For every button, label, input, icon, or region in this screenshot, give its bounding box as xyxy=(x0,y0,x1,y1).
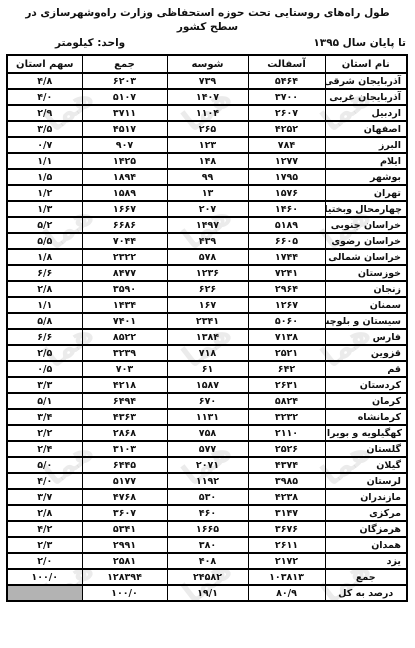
share-value: ۵/۵ xyxy=(7,233,82,249)
table-row: کهگیلویه و بویراحمد۲۱۱۰۷۵۸۲۸۶۸۲/۲ xyxy=(7,425,407,441)
share-value: ۳/۴ xyxy=(7,409,82,425)
total-value: ۹۰۷ xyxy=(82,137,167,153)
asphalt-value: ۵۸۲۴ xyxy=(248,393,325,409)
province-name: ایلام xyxy=(325,153,407,169)
asphalt-value: ۳۷۰۰ xyxy=(248,89,325,105)
table-row: هرمزگان۳۶۷۶۱۶۶۵۵۳۴۱۴/۲ xyxy=(7,521,407,537)
gravel-value: ۶۲۶ xyxy=(167,281,248,297)
asphalt-value: ۴۳۷۴ xyxy=(248,457,325,473)
share-value: ۰/۷ xyxy=(7,137,82,153)
total-value: ۵۳۴۱ xyxy=(82,521,167,537)
asphalt-value: ۴۲۵۲ xyxy=(248,121,325,137)
total-value: ۶۶۸۶ xyxy=(82,217,167,233)
table-row: ایلام۱۲۷۷۱۴۸۱۴۲۵۱/۱ xyxy=(7,153,407,169)
table-row: لرستان۳۹۸۵۱۱۹۲۵۱۷۷۴/۰ xyxy=(7,473,407,489)
share-value: ۳/۳ xyxy=(7,377,82,393)
asphalt-value: ۷۱۳۸ xyxy=(248,329,325,345)
table-row: آذربایجان شرقی۵۴۶۴۷۳۹۶۲۰۳۴/۸ xyxy=(7,73,407,89)
province-name: گلستان xyxy=(325,441,407,457)
province-name: قم xyxy=(325,361,407,377)
share-value: ۱/۱ xyxy=(7,153,82,169)
gravel-value: ۵۳۰ xyxy=(167,489,248,505)
table-row: چهارمحال وبختیاری۱۴۶۰۲۰۷۱۶۶۷۱/۳ xyxy=(7,201,407,217)
gravel-value: ۱۲۳۶ xyxy=(167,265,248,281)
gravel-value: ۶۷۰ xyxy=(167,393,248,409)
table-row: قزوین۲۵۲۱۷۱۸۳۲۳۹۲/۵ xyxy=(7,345,407,361)
column-header: نام استان xyxy=(325,55,407,73)
asphalt-value: ۳۹۸۵ xyxy=(248,473,325,489)
asphalt-value: ۸۰/۹ xyxy=(248,585,325,601)
report-period: تا پایان سال ۱۳۹۵ xyxy=(313,37,406,49)
share-value: ۳/۵ xyxy=(7,121,82,137)
asphalt-value: ۳۲۳۲ xyxy=(248,409,325,425)
share-value: ۵/۱ xyxy=(7,393,82,409)
gravel-value: ۷۳۹ xyxy=(167,73,248,89)
asphalt-value: ۲۶۳۱ xyxy=(248,377,325,393)
asphalt-value: ۲۶۰۷ xyxy=(248,105,325,121)
share-value: ۲/۰ xyxy=(7,553,82,569)
province-name: کردستان xyxy=(325,377,407,393)
asphalt-value: ۲۹۶۴ xyxy=(248,281,325,297)
percent-row: درصد به کل۸۰/۹۱۹/۱۱۰۰/۰ xyxy=(7,585,407,601)
provinces-table: نام استانآسفالتشوسهجمعسهم استان آذربایجا… xyxy=(6,54,408,602)
share-value: ۲/۴ xyxy=(7,441,82,457)
unit-label: واحد: کیلومتر xyxy=(55,37,125,49)
province-name: خراسان جنوبی xyxy=(325,217,407,233)
table-row: فارس۷۱۳۸۱۳۸۴۸۵۲۲۶/۶ xyxy=(7,329,407,345)
province-name: بوشهر xyxy=(325,169,407,185)
total-value: ۱۸۹۴ xyxy=(82,169,167,185)
asphalt-value: ۲۵۲۱ xyxy=(248,345,325,361)
gravel-value: ۶۱ xyxy=(167,361,248,377)
gravel-value: ۲۰۷ xyxy=(167,201,248,217)
table-row: کرمانشاه۳۲۳۲۱۱۳۱۴۳۶۳۳/۴ xyxy=(7,409,407,425)
gravel-value: ۲۶۵ xyxy=(167,121,248,137)
share-value: ۶/۶ xyxy=(7,329,82,345)
share-value: ۱/۳ xyxy=(7,201,82,217)
asphalt-value: ۲۱۱۰ xyxy=(248,425,325,441)
share-value: ۴/۰ xyxy=(7,473,82,489)
share-value: ۳/۷ xyxy=(7,489,82,505)
asphalt-value: ۱۰۳۸۱۳ xyxy=(248,569,325,585)
total-value: ۱۵۸۹ xyxy=(82,185,167,201)
percent-row-label: درصد به کل xyxy=(325,585,407,601)
gravel-value: ۱۵۸۷ xyxy=(167,377,248,393)
province-name: زنجان xyxy=(325,281,407,297)
share-value: ۲/۸ xyxy=(7,505,82,521)
province-name: آذربایجان غربی xyxy=(325,89,407,105)
gravel-value: ۲۴۵۸۲ xyxy=(167,569,248,585)
gravel-value: ۵۷۷ xyxy=(167,441,248,457)
gravel-value: ۱۱۳۱ xyxy=(167,409,248,425)
province-name: سمنان xyxy=(325,297,407,313)
total-row-label: جمع xyxy=(325,569,407,585)
total-value: ۲۹۹۱ xyxy=(82,537,167,553)
gravel-value: ۱۴۸ xyxy=(167,153,248,169)
table-row: خوزستان۷۲۴۱۱۲۳۶۸۴۷۷۶/۶ xyxy=(7,265,407,281)
province-name: خوزستان xyxy=(325,265,407,281)
table-row: البرز۷۸۴۱۲۳۹۰۷۰/۷ xyxy=(7,137,407,153)
table-row: کرمان۵۸۲۴۶۷۰۶۴۹۴۵/۱ xyxy=(7,393,407,409)
gravel-value: ۴۳۹ xyxy=(167,233,248,249)
asphalt-value: ۱۷۹۵ xyxy=(248,169,325,185)
total-value: ۲۸۶۸ xyxy=(82,425,167,441)
total-value: ۱۲۸۳۹۴ xyxy=(82,569,167,585)
total-value: ۷۰۴۴ xyxy=(82,233,167,249)
gravel-value: ۱۲۳ xyxy=(167,137,248,153)
asphalt-value: ۱۴۶۰ xyxy=(248,201,325,217)
asphalt-value: ۱۲۷۷ xyxy=(248,153,325,169)
total-row: جمع۱۰۳۸۱۳۲۴۵۸۲۱۲۸۳۹۴۱۰۰/۰ xyxy=(7,569,407,585)
total-value: ۳۶۰۷ xyxy=(82,505,167,521)
asphalt-value: ۴۲۳۸ xyxy=(248,489,325,505)
total-value: ۱۴۲۵ xyxy=(82,153,167,169)
share-value: ۵/۸ xyxy=(7,313,82,329)
share-value: ۲/۸ xyxy=(7,281,82,297)
asphalt-value: ۲۵۲۶ xyxy=(248,441,325,457)
total-value: ۴۷۶۸ xyxy=(82,489,167,505)
asphalt-value: ۷۲۴۱ xyxy=(248,265,325,281)
asphalt-value: ۳۱۴۷ xyxy=(248,505,325,521)
asphalt-value: ۲۶۱۱ xyxy=(248,537,325,553)
column-header: سهم استان xyxy=(7,55,82,73)
gravel-value: ۲۳۴۱ xyxy=(167,313,248,329)
share-value: ۴/۸ xyxy=(7,73,82,89)
report-title: طول راه‌های روستایی تحت حوزه استحفاظی وز… xyxy=(0,0,415,34)
total-value: ۷۰۳ xyxy=(82,361,167,377)
table-row: قم۶۴۲۶۱۷۰۳۰/۵ xyxy=(7,361,407,377)
total-value: ۷۴۰۱ xyxy=(82,313,167,329)
share-value: ۱/۵ xyxy=(7,169,82,185)
gravel-value: ۱۶۶۵ xyxy=(167,521,248,537)
share-value: ۱/۲ xyxy=(7,185,82,201)
province-name: کرمان xyxy=(325,393,407,409)
province-name: تهران xyxy=(325,185,407,201)
asphalt-value: ۷۸۴ xyxy=(248,137,325,153)
table-row: زنجان۲۹۶۴۶۲۶۳۵۹۰۲/۸ xyxy=(7,281,407,297)
table-row: خراسان شمالی۱۷۴۴۵۷۸۲۳۲۲۱/۸ xyxy=(7,249,407,265)
table-row: اردبیل۲۶۰۷۱۱۰۴۳۷۱۱۲/۹ xyxy=(7,105,407,121)
province-name: یزد xyxy=(325,553,407,569)
total-value: ۳۷۱۱ xyxy=(82,105,167,121)
table-row: سمنان۱۲۶۷۱۶۷۱۴۳۴۱/۱ xyxy=(7,297,407,313)
share-value: ۴/۰ xyxy=(7,89,82,105)
share-value: ۵/۰ xyxy=(7,457,82,473)
table-body: آذربایجان شرقی۵۴۶۴۷۳۹۶۲۰۳۴/۸آذربایجان غر… xyxy=(7,73,407,601)
province-name: سیستان و بلوچستان xyxy=(325,313,407,329)
share-value: ۱/۸ xyxy=(7,249,82,265)
gravel-value: ۷۱۸ xyxy=(167,345,248,361)
gravel-value: ۱۶۷ xyxy=(167,297,248,313)
share-value: ۲/۵ xyxy=(7,345,82,361)
table-row: مرکزی۳۱۴۷۴۶۰۳۶۰۷۲/۸ xyxy=(7,505,407,521)
asphalt-value: ۶۶۰۵ xyxy=(248,233,325,249)
gravel-value: ۱۳ xyxy=(167,185,248,201)
gravel-value: ۱۹/۱ xyxy=(167,585,248,601)
total-value: ۱۶۶۷ xyxy=(82,201,167,217)
gravel-value: ۲۰۷۱ xyxy=(167,457,248,473)
gravel-value: ۱۳۸۴ xyxy=(167,329,248,345)
subtitle-row: تا پایان سال ۱۳۹۵ واحد: کیلومتر xyxy=(0,34,415,53)
province-name: خراسان رضوی xyxy=(325,233,407,249)
gravel-value: ۷۵۸ xyxy=(167,425,248,441)
province-name: چهارمحال وبختیاری xyxy=(325,201,407,217)
column-header: آسفالت xyxy=(248,55,325,73)
province-name: همدان xyxy=(325,537,407,553)
asphalt-value: ۱۵۷۶ xyxy=(248,185,325,201)
asphalt-value: ۱۷۴۴ xyxy=(248,249,325,265)
share-value: ۱۰۰/۰ xyxy=(7,569,82,585)
total-value: ۵۱۷۷ xyxy=(82,473,167,489)
province-name: البرز xyxy=(325,137,407,153)
column-header: جمع xyxy=(82,55,167,73)
total-value: ۳۲۳۹ xyxy=(82,345,167,361)
table-row: تهران۱۵۷۶۱۳۱۵۸۹۱/۲ xyxy=(7,185,407,201)
gravel-value: ۱۱۹۲ xyxy=(167,473,248,489)
table-row: اصفهان۴۲۵۲۲۶۵۴۵۱۷۳/۵ xyxy=(7,121,407,137)
total-value: ۶۲۰۳ xyxy=(82,73,167,89)
total-value: ۳۱۰۳ xyxy=(82,441,167,457)
table-row: مازندران۴۲۳۸۵۳۰۴۷۶۸۳/۷ xyxy=(7,489,407,505)
total-value: ۳۵۹۰ xyxy=(82,281,167,297)
gravel-value: ۴۶۰ xyxy=(167,505,248,521)
table-row: گیلان۴۳۷۴۲۰۷۱۶۴۴۵۵/۰ xyxy=(7,457,407,473)
table-row: سیستان و بلوچستان۵۰۶۰۲۳۴۱۷۴۰۱۵/۸ xyxy=(7,313,407,329)
province-name: اردبیل xyxy=(325,105,407,121)
share-value: ۴/۲ xyxy=(7,521,82,537)
province-name: خراسان شمالی xyxy=(325,249,407,265)
total-value: ۶۴۹۴ xyxy=(82,393,167,409)
asphalt-value: ۳۶۷۶ xyxy=(248,521,325,537)
share-value: ۲/۹ xyxy=(7,105,82,121)
total-value: ۴۳۶۳ xyxy=(82,409,167,425)
total-value: ۶۴۴۵ xyxy=(82,457,167,473)
table-row: همدان۲۶۱۱۳۸۰۲۹۹۱۲/۳ xyxy=(7,537,407,553)
province-name: هرمزگان xyxy=(325,521,407,537)
total-value: ۱۴۳۴ xyxy=(82,297,167,313)
share-value: ۱/۱ xyxy=(7,297,82,313)
share-value: ۲/۲ xyxy=(7,425,82,441)
share-value: ۵/۲ xyxy=(7,217,82,233)
report-page: طول راه‌های روستایی تحت حوزه استحفاظی وز… xyxy=(0,0,415,602)
gravel-value: ۴۰۸ xyxy=(167,553,248,569)
gravel-value: ۵۷۸ xyxy=(167,249,248,265)
share-value: ۲/۳ xyxy=(7,537,82,553)
province-name: فارس xyxy=(325,329,407,345)
province-name: کرمانشاه xyxy=(325,409,407,425)
share-value: ۰/۵ xyxy=(7,361,82,377)
province-name: قزوین xyxy=(325,345,407,361)
total-value: ۸۴۷۷ xyxy=(82,265,167,281)
total-value: ۲۵۸۱ xyxy=(82,553,167,569)
asphalt-value: ۵۰۶۰ xyxy=(248,313,325,329)
share-value: ۶/۶ xyxy=(7,265,82,281)
gravel-value: ۱۴۰۷ xyxy=(167,89,248,105)
province-name: گیلان xyxy=(325,457,407,473)
table-row: یزد۲۱۷۲۴۰۸۲۵۸۱۲/۰ xyxy=(7,553,407,569)
header-row: نام استانآسفالتشوسهجمعسهم استان xyxy=(7,55,407,73)
total-value: ۵۱۰۷ xyxy=(82,89,167,105)
province-name: آذربایجان شرقی xyxy=(325,73,407,89)
table-row: آذربایجان غربی۳۷۰۰۱۴۰۷۵۱۰۷۴/۰ xyxy=(7,89,407,105)
table-row: خراسان رضوی۶۶۰۵۴۳۹۷۰۴۴۵/۵ xyxy=(7,233,407,249)
total-value: ۱۰۰/۰ xyxy=(82,585,167,601)
table-row: کردستان۲۶۳۱۱۵۸۷۴۲۱۸۳/۳ xyxy=(7,377,407,393)
province-name: کهگیلویه و بویراحمد xyxy=(325,425,407,441)
asphalt-value: ۵۱۸۹ xyxy=(248,217,325,233)
gravel-value: ۹۹ xyxy=(167,169,248,185)
gravel-value: ۱۱۰۴ xyxy=(167,105,248,121)
province-name: لرستان xyxy=(325,473,407,489)
total-value: ۴۲۱۸ xyxy=(82,377,167,393)
gravel-value: ۳۸۰ xyxy=(167,537,248,553)
province-name: مازندران xyxy=(325,489,407,505)
total-value: ۸۵۲۲ xyxy=(82,329,167,345)
gravel-value: ۱۴۹۷ xyxy=(167,217,248,233)
total-value: ۲۳۲۲ xyxy=(82,249,167,265)
table-row: خراسان جنوبی۵۱۸۹۱۴۹۷۶۶۸۶۵/۲ xyxy=(7,217,407,233)
column-header: شوسه xyxy=(167,55,248,73)
asphalt-value: ۵۴۶۴ xyxy=(248,73,325,89)
table-row: بوشهر۱۷۹۵۹۹۱۸۹۴۱/۵ xyxy=(7,169,407,185)
share-value xyxy=(7,585,82,601)
province-name: اصفهان xyxy=(325,121,407,137)
province-name: مرکزی xyxy=(325,505,407,521)
total-value: ۴۵۱۷ xyxy=(82,121,167,137)
asphalt-value: ۶۴۲ xyxy=(248,361,325,377)
asphalt-value: ۲۱۷۲ xyxy=(248,553,325,569)
table-row: گلستان۲۵۲۶۵۷۷۳۱۰۳۲/۴ xyxy=(7,441,407,457)
asphalt-value: ۱۲۶۷ xyxy=(248,297,325,313)
